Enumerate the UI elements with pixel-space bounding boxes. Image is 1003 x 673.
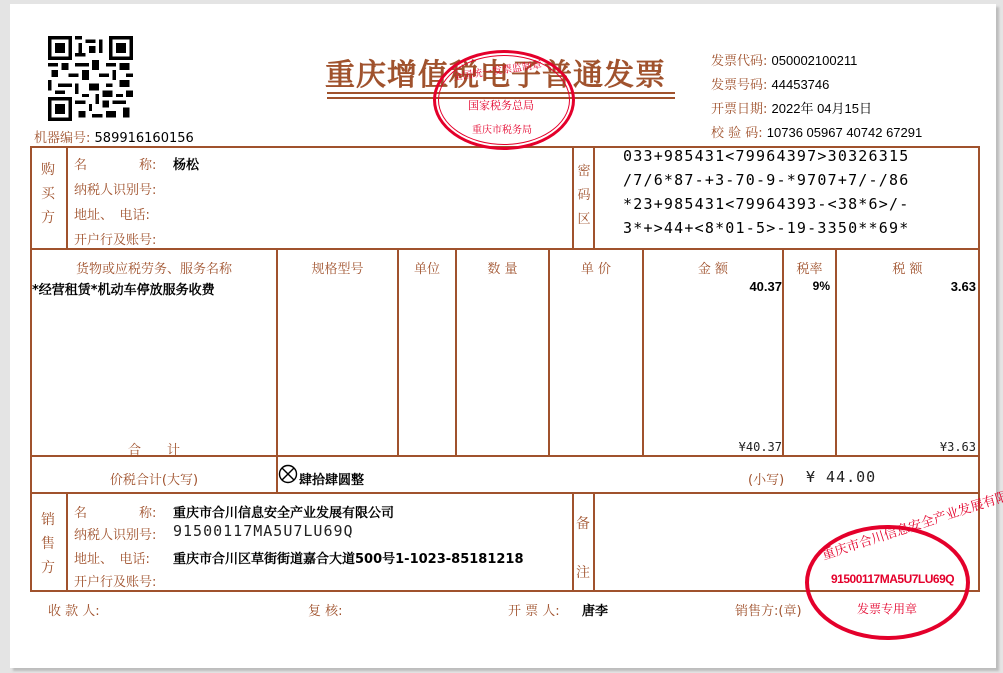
buyer-bank-label: 开户行及账号:	[74, 229, 156, 248]
check-code: 校 验 码: 10736 05967 40742 67291	[711, 122, 922, 141]
invoice-number-value: 44453746	[772, 77, 830, 92]
col-header-qty: 数 量	[457, 258, 548, 277]
divider	[455, 248, 457, 455]
col-header-unit: 单位	[399, 258, 455, 277]
payee-label: 收 款 人:	[48, 600, 100, 619]
reviewer-label: 复 核:	[308, 600, 343, 619]
drawer-label: 开 票 人:	[508, 600, 560, 619]
item-tax: 3.63	[837, 279, 976, 294]
machine-number: 机器编号: 589916160156	[34, 127, 194, 146]
remarks-label-1: 备	[576, 513, 590, 533]
total-label: 合 计	[32, 439, 276, 458]
invoice-date-label: 开票日期:	[711, 102, 767, 117]
divider	[30, 248, 980, 250]
col-header-name: 货物或应税劳务、服务名称	[32, 258, 276, 277]
cipher-line: 3*+>44+<8*01-5>-19-3350**69*	[623, 219, 909, 237]
invoice-code-value: 050002100211	[772, 53, 858, 68]
divider	[397, 248, 399, 455]
total-amount: ¥40.37	[644, 440, 782, 454]
invoice-date: 开票日期: 2022年 04月15日	[711, 98, 872, 117]
item-name: *经营租赁*机动车停放服务收费	[32, 279, 215, 298]
col-header-spec: 规格型号	[278, 258, 397, 277]
invoice-number-label: 发票号码:	[711, 78, 767, 93]
grand-total-small-value: ¥ 44.00	[806, 468, 876, 486]
buyer-section-label: 购买方	[38, 158, 58, 230]
seller-tax-id: 91500117MA5U7LU69Q	[173, 522, 354, 540]
cipher-line: /7/6*87-+3-70-9-*9707+7/-/86	[623, 171, 909, 189]
invoice-date-value: 2022年 04月15日	[772, 101, 872, 116]
item-rate: 9%	[784, 279, 830, 293]
cipher-line: 033+985431<79964397>30326315	[623, 147, 909, 165]
invoice-code: 发票代码: 050002100211	[711, 50, 857, 69]
total-tax: ¥3.63	[837, 440, 976, 454]
circled-x-icon	[278, 464, 298, 484]
invoice-code-label: 发票代码:	[711, 54, 767, 69]
check-code-value: 10736 05967 40742 67291	[767, 125, 922, 140]
seller-address-label: 地址、 电话:	[74, 548, 150, 567]
seller-name-label: 名 称:	[74, 502, 156, 521]
divider	[66, 146, 68, 248]
check-code-label: 校 验 码:	[711, 126, 763, 141]
divider	[593, 492, 595, 592]
seller-section-label: 销售方	[38, 508, 58, 580]
col-header-amount: 金 额	[644, 258, 782, 277]
drawer-name: 唐李	[582, 600, 608, 619]
machine-number-label: 机器编号:	[34, 131, 90, 146]
grand-total-label: 价税合计(大写)	[32, 469, 276, 488]
cipher-section-label: 密码区	[574, 160, 594, 232]
seller-name: 重庆市合川信息安全产业发展有限公司	[173, 502, 394, 521]
divider	[572, 492, 574, 592]
seller-bank-label: 开户行及账号:	[74, 571, 156, 590]
col-header-tax: 税 额	[837, 258, 978, 277]
divider	[30, 492, 980, 494]
item-amount: 40.37	[644, 279, 782, 294]
machine-number-value: 589916160156	[95, 131, 194, 146]
grand-total-small-label: (小写)	[748, 469, 784, 488]
buyer-name-label: 名 称:	[74, 154, 156, 173]
seller-tax-id-label: 纳税人识别号:	[74, 524, 156, 543]
col-header-price: 单 价	[550, 258, 642, 277]
buyer-tax-id-label: 纳税人识别号:	[74, 179, 156, 198]
seller-stamp-label: 销售方:(章)	[735, 600, 802, 619]
seller-address: 重庆市合川区草街街道嘉合大道500号1-1023-85181218	[173, 548, 524, 567]
remarks-label-2: 注	[576, 562, 590, 582]
cipher-line: *23+985431<79964393-<38*6>/-	[623, 195, 909, 213]
qr-code	[48, 36, 133, 121]
grand-total-uppercase: 肆拾肆圆整	[299, 469, 364, 488]
buyer-address-label: 地址、 电话:	[74, 204, 150, 223]
col-header-rate: 税率	[784, 258, 835, 277]
divider	[548, 248, 550, 455]
divider	[276, 248, 278, 492]
invoice-number: 发票号码: 44453746	[711, 74, 829, 93]
divider	[66, 492, 68, 592]
buyer-name: 杨松	[173, 154, 199, 173]
